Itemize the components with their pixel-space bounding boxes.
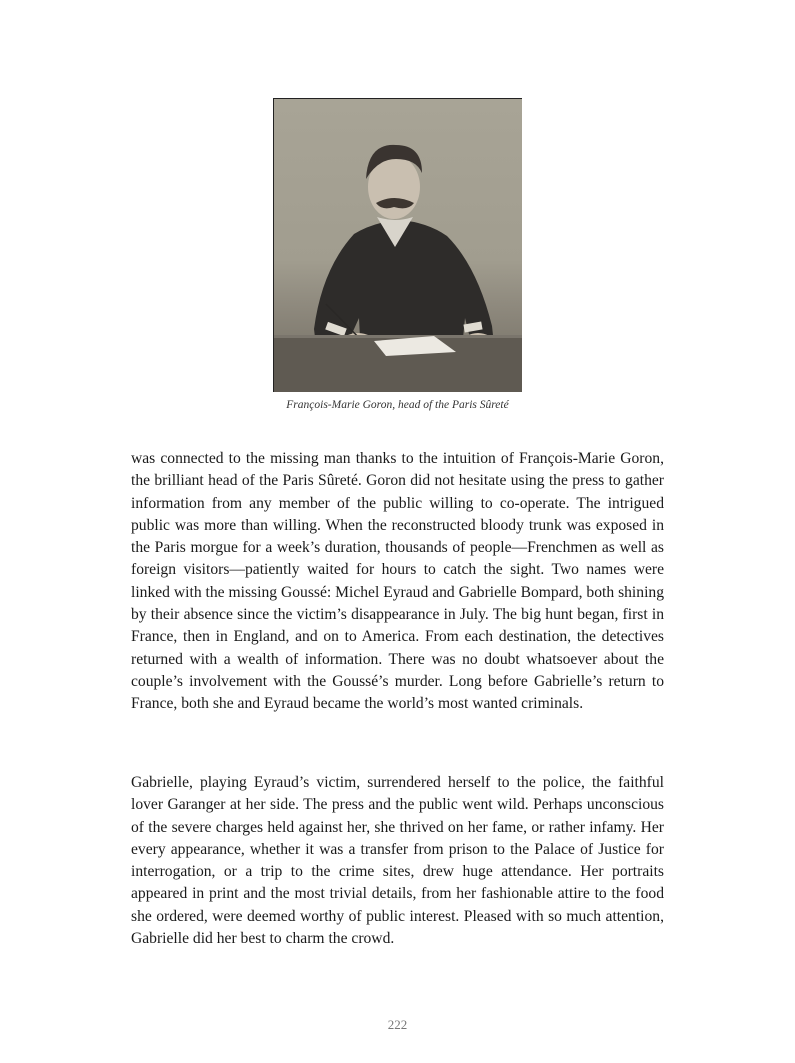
body-paragraph-1: was connected to the missing man thanks …	[131, 448, 664, 716]
figure-caption: François-Marie Goron, head of the Paris …	[200, 399, 595, 411]
document-page: François-Marie Goron, head of the Paris …	[0, 0, 795, 1063]
portrait-illustration	[274, 99, 522, 392]
page-number: 222	[0, 1017, 795, 1033]
portrait-photo	[273, 98, 522, 392]
body-paragraph-2: Gabrielle, playing Eyraud’s victim, surr…	[131, 772, 664, 950]
